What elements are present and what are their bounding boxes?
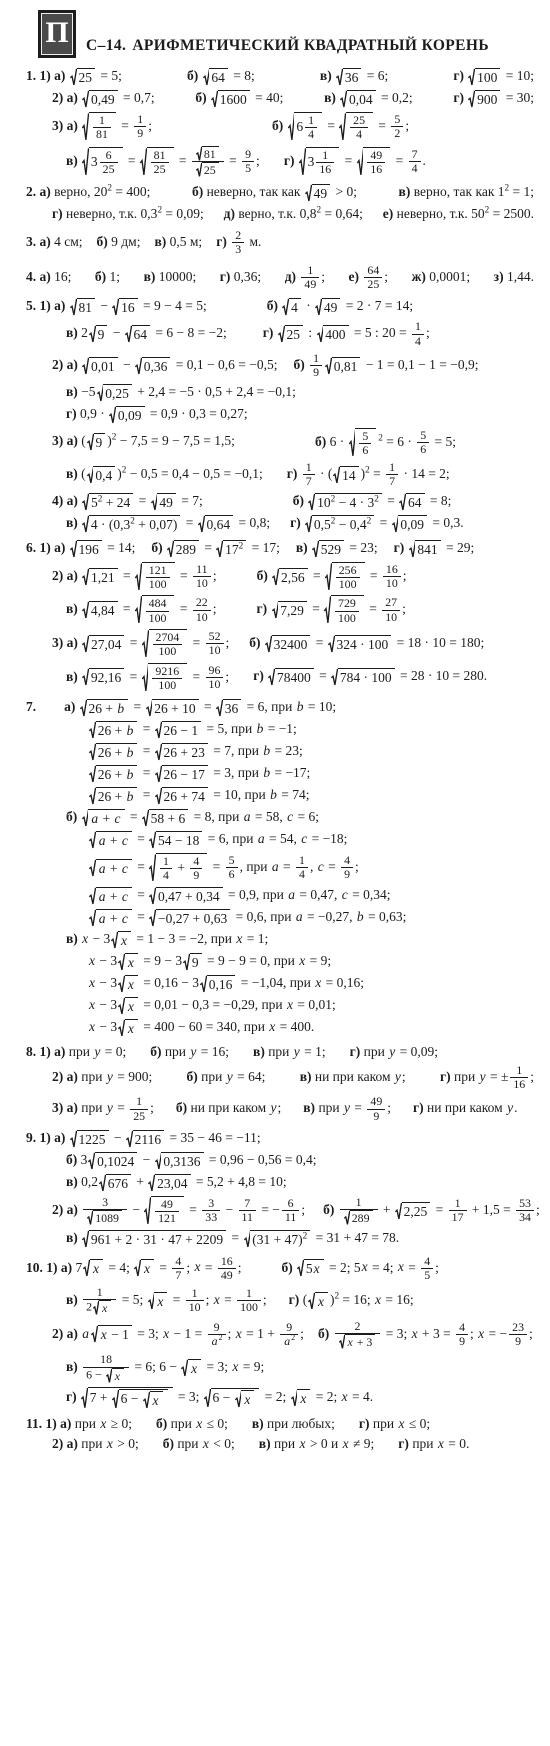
fraction: 17 — [303, 461, 315, 489]
radical-sign-icon — [395, 1202, 402, 1220]
radical-sign-icon — [151, 493, 158, 511]
square-root: 9 — [183, 953, 202, 971]
radical-sign-icon — [183, 953, 190, 971]
math-expression: 6. 1) а) 196 = 14; — [26, 540, 135, 558]
square-root: 0,09 — [392, 515, 427, 533]
math-expression: 10. 1) а) 7x = 4; x = 47; x = 1649; — [26, 1255, 241, 1283]
radical-sign-icon — [89, 743, 96, 761]
math-expression: 4. а) 16; — [26, 269, 71, 285]
fraction: 95 — [242, 148, 254, 176]
item-label: 2) а) — [52, 1202, 78, 1217]
item-label: в) — [66, 931, 78, 946]
math-expression: 3) а) 181 = 19; — [52, 112, 152, 142]
radical-sign-icon — [146, 699, 153, 717]
item-label: г) — [394, 540, 405, 555]
square-root: 25 — [278, 325, 303, 343]
radical-sign-icon — [99, 1174, 106, 1192]
item-label: г) — [253, 668, 264, 683]
item-label: г) — [52, 206, 63, 221]
radical-sign-icon — [89, 325, 96, 343]
fraction: 14 — [412, 320, 424, 348]
item-label: б) — [95, 269, 106, 284]
solution-line: 2) а) при y = 900;б) при y = 64;в) ни пр… — [26, 1064, 534, 1092]
item-label: в) — [300, 1069, 312, 1084]
math-expression: 26 + b = 26 − 1 = 5, при b = −1; — [88, 721, 297, 739]
scanned-page: П С–14.АРИФМЕТИЧЕСКИЙ КВАДРАТНЫЙ КОРЕНЬ … — [0, 0, 550, 1746]
radical-sign-icon — [89, 721, 96, 739]
solution-line: 2) а) 1,21 = 121100 = 1110;б) 2,56 = 256… — [26, 562, 534, 592]
square-root: 92,16 — [82, 668, 124, 686]
math-expression: 2) а) 0,49 = 0,7; — [52, 90, 155, 108]
square-root: 64 — [203, 68, 228, 86]
radical-sign-icon — [308, 1292, 315, 1310]
fraction: 56 — [359, 430, 371, 458]
solution-line: 2) а) 0,01 − 0,36 = 0,1 − 0,6 = −0,5;б) … — [26, 352, 534, 380]
section-title-text: АРИФМЕТИЧЕСКИЙ КВАДРАТНЫЙ КОРЕНЬ — [132, 37, 489, 54]
square-root: 0,25 — [97, 384, 132, 402]
problem-3: 3. а) 4 см;б) 9 дм;в) 0,5 м;г) 23 м. — [26, 229, 534, 257]
radical-sign-icon — [83, 1259, 90, 1277]
math-expression: в) 529 = 23; — [296, 540, 378, 558]
item-label: 2) а) — [52, 1326, 78, 1341]
radical-sign-icon — [149, 909, 156, 927]
radical-sign-icon — [70, 540, 77, 558]
radical-sign-icon — [272, 568, 279, 586]
square-root: 9 — [87, 433, 106, 451]
radical-sign-icon — [299, 147, 306, 177]
square-root: 484100 — [135, 595, 175, 625]
math-expression: г) 0,52 − 0,42 = 0,09 = 0,3. — [290, 515, 463, 533]
solution-line: 5. 1) а) 81 − 16 = 9 − 4 = 5;б) 4 · 49 =… — [26, 298, 534, 316]
item-label: г) — [398, 1436, 409, 1451]
fraction: 1110 — [193, 563, 211, 591]
radical-sign-icon — [288, 112, 295, 142]
square-root: 0,81 — [325, 357, 360, 375]
square-root: 26 − 17 — [155, 765, 208, 783]
item-label: в) — [144, 269, 156, 284]
math-expression: б) 614 = 254 = 52; — [272, 112, 409, 142]
item-label: б) — [293, 357, 304, 372]
square-root: 2,56 — [272, 568, 307, 586]
fraction: 239 — [509, 1321, 527, 1349]
item-label: г) — [359, 1416, 370, 1431]
math-expression: а) 26 + b = 26 + 10 = 36 = 6, при b = 10… — [64, 699, 336, 717]
math-expression: б) 190,81 − 1 = 0,1 − 1 = −0,9; — [293, 352, 478, 380]
item-label: е) — [349, 269, 360, 284]
fraction: 110 — [186, 1287, 204, 1315]
item-label: г) — [413, 1100, 424, 1115]
math-expression: в) 12x = 5; x = 110; x = 1100; — [66, 1286, 267, 1316]
square-root: 64 — [399, 493, 424, 511]
fraction: 8125 — [151, 149, 169, 177]
solutions: 1. 1) а) 25 = 5;б) 64 = 8;в) 36 = 6;г) 1… — [26, 68, 534, 1452]
square-root: 4916 — [357, 147, 391, 177]
item-label: б) — [163, 1436, 174, 1451]
radical-sign-icon — [155, 743, 162, 761]
item-label: 6. 1) а) — [26, 540, 65, 555]
item-label: г) — [284, 152, 295, 167]
item-label: г) — [290, 515, 301, 530]
math-expression: в) 10000; — [144, 269, 197, 285]
fraction: 12x — [83, 1286, 116, 1316]
item-label: в) — [66, 515, 78, 530]
math-expression: б) 6 · 562 = 6 · 56 = 5; — [315, 428, 456, 458]
fraction: 4916 — [367, 149, 385, 177]
square-root: −0,27 + 0,63 — [149, 909, 230, 927]
radical-sign-icon — [325, 562, 332, 592]
radical-sign-icon — [135, 562, 142, 592]
square-root: 26 + b — [89, 743, 137, 761]
problem-11: 11. 1) а) при x ≥ 0;б) при x ≤ 0;в) при … — [26, 1416, 534, 1452]
math-expression: в) 961 + 2 · 31 · 47 + 2209 = (31 + 47)2… — [66, 1230, 399, 1248]
math-expression: г) 78400 = 784 · 100 = 28 · 10 = 280. — [253, 668, 487, 686]
square-root: 0,36 — [135, 357, 170, 375]
square-root: 676 — [99, 1174, 131, 1192]
math-expression: в) 3625 = 8125 = 8125 = 95; — [66, 146, 260, 178]
math-expression: б) 2,56 = 256100 = 1610; — [257, 562, 407, 592]
math-expression: г) 0,9 · 0,09 = 0,9 · 0,3 = 0,27; — [66, 406, 248, 424]
radical-sign-icon — [82, 601, 89, 619]
item-label: б) — [150, 1044, 161, 1059]
fraction: 9a2 — [280, 1321, 298, 1349]
math-expression: a + c = −0,27 + 0,63 = 0,6, при a = −0,2… — [88, 909, 406, 927]
fraction: 116 — [316, 149, 334, 177]
square-root: 3625 — [82, 147, 122, 177]
item-label: в) — [66, 668, 78, 683]
math-expression: б) 1; — [95, 269, 120, 285]
solution-line: в) 0,2676 + 23,04 = 5,2 + 4,8 = 10; — [26, 1174, 534, 1192]
square-root: 784 · 100 — [331, 668, 395, 686]
math-expression: 26 + b = 26 + 74 = 10, при b = 74; — [88, 787, 309, 805]
item-label: в) — [252, 1416, 264, 1431]
math-expression: е) 6425; — [349, 264, 389, 292]
solution-line: a + c = −0,27 + 0,63 = 0,6, при a = −0,2… — [26, 909, 534, 927]
item-label: 4. а) — [26, 269, 51, 284]
item-label: в) — [66, 384, 78, 399]
fraction: 6425 — [364, 264, 382, 292]
square-root: 36 — [216, 699, 241, 717]
solution-line: в) (0,4)2 − 0,5 = 0,4 − 0,5 = −0,1;г) 17… — [26, 461, 534, 489]
item-label: б) — [66, 809, 77, 824]
fraction: 117 — [449, 1197, 467, 1225]
item-label: б) — [315, 433, 326, 448]
radical-sign-icon — [82, 493, 89, 511]
square-root: 4 — [282, 298, 301, 316]
square-root: 49 — [305, 184, 330, 202]
square-root: 14 — [333, 466, 358, 484]
radical-sign-icon — [155, 721, 162, 739]
math-expression: г) при y = ±116; — [440, 1064, 534, 1092]
fraction: 74 — [409, 148, 421, 176]
radical-sign-icon — [216, 540, 223, 558]
math-expression: в) −50,25 + 2,4 = −5 · 0,5 + 2,4 = −0,1; — [66, 384, 296, 402]
radical-sign-icon — [468, 90, 475, 108]
math-expression: в) (0,4)2 − 0,5 = 0,4 − 0,5 = −0,1; — [66, 466, 263, 484]
fraction: 49 — [456, 1321, 468, 1349]
solution-line: в) −50,25 + 2,4 = −5 · 0,5 + 2,4 = −0,1; — [26, 384, 534, 402]
radical-sign-icon — [91, 1325, 98, 1343]
item-label: 2) а) — [52, 568, 78, 583]
fraction: 1649 — [218, 1255, 236, 1283]
item-label: б) — [192, 184, 203, 199]
radical-sign-icon — [118, 997, 125, 1015]
math-expression: з) 1,44. — [494, 269, 534, 285]
solution-line: 4) а) 52 + 24 = 49 = 7;б) 102 − 4 · 32 =… — [26, 493, 534, 511]
math-expression: 7. — [26, 699, 36, 715]
square-root: 9 — [89, 325, 108, 343]
square-root: x — [118, 953, 138, 971]
square-root: x — [83, 1259, 103, 1277]
radical-sign-icon — [340, 90, 347, 108]
square-root: x — [134, 1259, 154, 1277]
square-root: x — [118, 1019, 138, 1037]
fraction: 49121 — [155, 1198, 179, 1226]
item-label: б) — [293, 493, 304, 508]
radical-sign-icon — [82, 568, 89, 586]
square-root: 172 — [216, 540, 246, 558]
solution-line: в) 3625 = 8125 = 8125 = 95;г) 3116 = 491… — [26, 146, 534, 178]
math-expression: г) 25 : 400 = 5 : 20 = 14; — [263, 320, 430, 348]
square-root: 54 − 18 — [149, 831, 202, 849]
radical-sign-icon — [82, 357, 89, 375]
radical-sign-icon — [200, 975, 207, 993]
fraction: 125 — [130, 1095, 148, 1123]
solution-line: 3) а) при y = 125;б) ни при каком y;в) п… — [26, 1095, 534, 1123]
radical-sign-icon — [109, 406, 116, 424]
radical-sign-icon — [155, 765, 162, 783]
fraction: 9a2 — [208, 1321, 226, 1349]
item-label: в) — [154, 234, 166, 249]
radical-sign-icon — [87, 433, 94, 451]
fraction: 2704100 — [153, 631, 183, 659]
fraction: 2x + 3 — [335, 1320, 381, 1350]
fraction: 56 — [417, 429, 429, 457]
fraction: 31089 — [83, 1196, 127, 1226]
radical-sign-icon — [357, 147, 364, 177]
item-label: б) — [318, 1326, 329, 1341]
square-root: 26 + b — [89, 721, 137, 739]
square-root: 900 — [468, 90, 500, 108]
radical-sign-icon — [331, 668, 338, 686]
item-label: б) — [176, 1100, 187, 1115]
math-expression: 2) а) 31089 − 49121 = 333 − 711 = −611; — [52, 1196, 305, 1226]
radical-sign-icon — [82, 515, 89, 533]
math-expression: 2) а) 0,01 − 0,36 = 0,1 − 0,6 = −0,5; — [52, 357, 277, 375]
square-root: 0,01 — [82, 357, 117, 375]
radical-sign-icon — [349, 428, 356, 458]
square-root: 0,52 − 0,42 — [305, 515, 374, 533]
item-label: 5. 1) а) — [26, 298, 65, 313]
solution-line: 6. 1) а) 196 = 14;б) 289 = 172 = 17;в) 5… — [26, 540, 534, 558]
square-root: 26 + 74 — [155, 787, 208, 805]
solution-line: 2) а) при x > 0;б) при x < 0;в) при x > … — [26, 1436, 534, 1452]
math-expression: г) (x)2 = 16; x = 16; — [289, 1292, 414, 1310]
math-expression: б) при x < 0; — [163, 1436, 235, 1452]
solution-line: б) a + c = 58 + 6 = 8, при a = 58, c = 6… — [26, 809, 534, 827]
square-root: 25 — [196, 162, 219, 177]
item-label: 2. а) — [26, 184, 51, 199]
math-expression: 11. 1) а) при x ≥ 0; — [26, 1416, 132, 1432]
fraction: 45 — [421, 1255, 433, 1283]
square-root: 0,16 — [200, 975, 235, 993]
square-root: 100 — [468, 68, 500, 86]
item-label: б) — [281, 1259, 292, 1274]
square-root: 529 — [312, 540, 344, 558]
square-root: 49 — [315, 298, 340, 316]
fraction: 52 — [391, 113, 403, 141]
fraction: 254 — [350, 114, 368, 142]
square-root: 26 + b — [80, 699, 128, 717]
item-label: в) — [324, 90, 336, 105]
fraction: 5334 — [516, 1197, 534, 1225]
math-expression: г) 0,36; — [220, 269, 261, 285]
item-label: в) — [296, 540, 308, 555]
fraction: 121100 — [146, 564, 170, 592]
math-expression: 2) а) ax − 1 = 3; x − 1 = 9a2; x = 1 + 9… — [52, 1321, 304, 1349]
solution-line: в) 29 − 64 = 6 − 8 = −2;г) 25 : 400 = 5 … — [26, 320, 534, 348]
radical-sign-icon — [111, 931, 118, 949]
square-root: x — [111, 931, 131, 949]
math-expression: б) 1600 = 40; — [195, 90, 283, 108]
fraction: 19 — [310, 352, 322, 380]
math-expression: б) 5x = 2; 5x = 4; x = 45; — [281, 1255, 438, 1283]
part-ii-badge: П — [38, 10, 76, 58]
math-expression: г) неверно, т.к. 0,32 = 0,09; — [52, 206, 204, 222]
item-label: 1. 1) а) — [26, 68, 65, 83]
square-root: (31 + 47)2 — [244, 1230, 311, 1248]
item-label: 3. а) — [26, 234, 51, 249]
fraction: 19 — [134, 113, 146, 141]
square-root: 254 — [339, 112, 373, 142]
square-root: 102 − 4 · 32 — [308, 493, 382, 511]
radical-sign-icon — [89, 859, 96, 877]
math-expression: б) 1289 + 2,25 = 117 + 1,5 = 5334; — [323, 1196, 540, 1226]
radical-sign-icon — [142, 809, 149, 827]
math-expression: г) при x ≤ 0; — [359, 1416, 430, 1432]
radical-sign-icon — [235, 1390, 242, 1408]
math-expression: a + c = 14 + 49 = 56, при a = 14, c = 49… — [88, 853, 359, 883]
math-expression: x − 3x = 0,16 − 30,16 = −1,04, при x = 0… — [88, 975, 364, 993]
math-expression: г) 100 = 10; — [453, 68, 534, 86]
item-label: г) — [257, 601, 268, 616]
item-label: в) — [66, 152, 78, 167]
fraction: 8125 — [192, 146, 224, 178]
math-expression: 3) а) 27,04 = 2704100 = 5210; — [52, 629, 229, 659]
solution-line: 26 + b = 26 − 1 = 5, при b = −1; — [26, 721, 534, 739]
radical-sign-icon — [272, 601, 279, 619]
fraction: 9610 — [206, 664, 224, 692]
square-root: 289 — [344, 1210, 373, 1225]
radical-sign-icon — [278, 325, 285, 343]
radical-sign-icon — [315, 298, 322, 316]
math-expression: б) 64 = 8; — [187, 68, 255, 86]
item-label: д) — [285, 269, 296, 284]
item-label: 2) а) — [52, 90, 78, 105]
math-expression: б) 30,1024 − 0,3136 = 0,96 − 0,56 = 0,4; — [66, 1152, 316, 1170]
solution-line: 2) а) 31089 − 49121 = 333 − 711 = −611;б… — [26, 1196, 534, 1226]
math-expression: x − 3x = 400 − 60 = 340, при x = 400. — [88, 1019, 314, 1037]
solution-line: a + c = 54 − 18 = 6, при a = 54, c = −18… — [26, 831, 534, 849]
math-expression: в) ни при каком y; — [300, 1069, 406, 1085]
math-expression: в) 4,84 = 484100 = 2210; — [66, 595, 217, 625]
square-root: 9216100 — [142, 663, 188, 693]
square-root: x — [143, 1391, 163, 1409]
solution-line: г) 0,9 · 0,09 = 0,9 · 0,3 = 0,27; — [26, 406, 534, 424]
radical-sign-icon — [142, 629, 149, 659]
math-expression: x − 3x = 0,01 − 0,3 = −0,29, при x = 0,0… — [88, 997, 336, 1015]
square-root: 36 — [336, 68, 361, 86]
square-root: x — [106, 1368, 124, 1383]
item-label: в) — [66, 601, 78, 616]
radical-sign-icon — [149, 853, 156, 883]
square-root: 58 + 6 — [142, 809, 188, 827]
solution-line: 26 + b = 26 + 23 = 7, при b = 23; — [26, 743, 534, 761]
square-root: 7,29 — [272, 601, 307, 619]
item-label: 3) а) — [52, 118, 78, 133]
item-label: 3) а) — [52, 635, 78, 650]
radical-sign-icon — [336, 68, 343, 86]
square-root: x — [291, 1389, 311, 1407]
radical-sign-icon — [297, 1259, 304, 1277]
radical-sign-icon — [333, 466, 340, 484]
solution-line: 2. а) верно, 202 = 400;б) неверно, так к… — [26, 184, 534, 202]
radical-sign-icon — [305, 184, 312, 202]
radical-sign-icon — [312, 540, 319, 558]
square-root: 26 + 23 — [155, 743, 208, 761]
square-root: 614 — [288, 112, 322, 142]
math-expression: a + c = 0,47 + 0,34 = 0,9, при a = 0,47,… — [88, 887, 390, 905]
math-expression: б) ни при каком y; — [176, 1100, 281, 1116]
radical-sign-icon — [89, 765, 96, 783]
square-root: 2,25 — [395, 1202, 430, 1220]
solution-line: 2) а) 0,49 = 0,7;б) 1600 = 40;в) 0,04 = … — [26, 90, 534, 108]
problem-1: 1. 1) а) 25 = 5;б) 64 = 8;в) 36 = 6;г) 1… — [26, 68, 534, 177]
item-label: г) — [289, 1292, 300, 1307]
square-root: 0,3136 — [155, 1152, 204, 1170]
square-root: 27,04 — [82, 635, 124, 653]
math-expression: в) верно, так как 12 = 1; — [399, 184, 534, 200]
square-root: 0,04 — [340, 90, 375, 108]
solution-line: в) 961 + 2 · 31 · 47 + 2209 = (31 + 47)2… — [26, 1230, 534, 1248]
math-expression: г) 7,29 = 729100 = 2710; — [257, 595, 406, 625]
solution-line: г) 7 + 6 − x = 3; 6 − x = 2; x = 2; x = … — [26, 1387, 534, 1409]
item-label: в) — [66, 1292, 78, 1307]
solution-line: 3. а) 4 см;б) 9 дм;в) 0,5 м;г) 23 м. — [26, 229, 534, 257]
fraction: 333 — [202, 1197, 220, 1225]
radical-sign-icon — [89, 909, 96, 927]
math-expression: 8. 1) а) при y = 0; — [26, 1044, 126, 1060]
square-root: x — [118, 975, 138, 993]
problem-9: 9. 1) а) 1225 − 2116 = 35 − 46 = −11;б) … — [26, 1130, 534, 1248]
radical-sign-icon — [203, 68, 210, 86]
item-label: в) — [66, 325, 78, 340]
radical-sign-icon — [409, 540, 416, 558]
radical-sign-icon — [204, 1388, 211, 1408]
solution-line: 9. 1) а) 1225 − 2116 = 35 − 46 = −11; — [26, 1130, 534, 1148]
math-expression: в) 92,16 = 9216100 = 9610; — [66, 663, 229, 693]
radical-sign-icon — [144, 1196, 151, 1226]
solution-line: a + c = 0,47 + 0,34 = 0,9, при a = 0,47,… — [26, 887, 534, 905]
solution-line: в) 12x = 5; x = 110; x = 1100;г) (x)2 = … — [26, 1286, 534, 1316]
solution-line: 26 + b = 26 − 17 = 3, при b = −17; — [26, 765, 534, 783]
square-root: a + c — [89, 887, 132, 905]
item-label: б) — [97, 234, 108, 249]
radical-sign-icon — [81, 1387, 88, 1409]
fraction: 23 — [232, 229, 244, 257]
math-expression: б) при y = 64; — [187, 1069, 266, 1085]
item-label: в) — [66, 1359, 78, 1374]
radical-sign-icon — [142, 663, 149, 693]
